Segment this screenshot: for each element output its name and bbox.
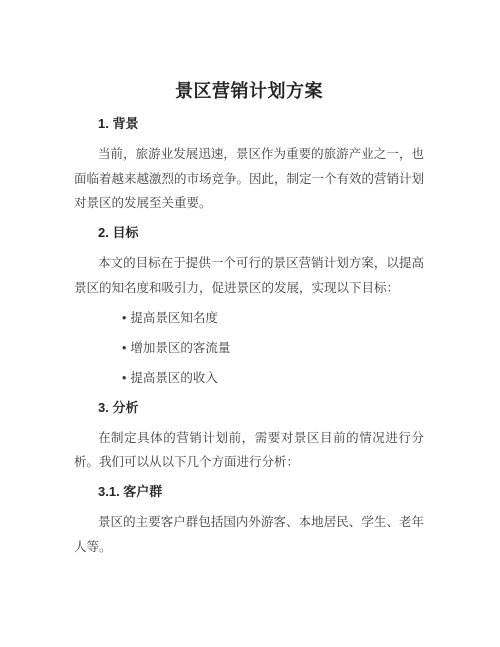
paragraph-customer-groups: 景区的主要客户群包括国内外游客、本地居民、学生、老年人等。: [74, 510, 424, 559]
paragraph-goals: 本文的目标在于提供一个可行的景区营销计划方案，以提高景区的知名度和吸引力，促进景…: [74, 251, 424, 300]
bullet-marker: •: [98, 336, 126, 361]
bullet-marker: •: [98, 306, 126, 331]
bullet-marker: •: [98, 366, 126, 391]
bullet-text: 增加景区的客流量: [130, 341, 230, 355]
bullet-text: 提高景区的收入: [130, 371, 218, 385]
bullet-item: •增加景区的客流量: [74, 336, 424, 361]
section-heading-customer-groups: 3.1. 客户群: [74, 480, 424, 505]
bullet-text: 提高景区知名度: [130, 311, 218, 325]
bullet-item: •提高景区的收入: [74, 366, 424, 391]
paragraph-background: 当前，旅游业发展迅速，景区作为重要的旅游产业之一，也面临着越来越激烈的市场竞争。…: [74, 142, 424, 216]
paragraph-analysis: 在制定具体的营销计划前，需要对景区目前的情况进行分析。我们可以从以下几个方面进行…: [74, 426, 424, 475]
document-title: 景区营销计划方案: [74, 78, 424, 105]
section-heading-goals: 2. 目标: [74, 221, 424, 246]
section-heading-analysis: 3. 分析: [74, 396, 424, 421]
bullet-item: •提高景区知名度: [74, 306, 424, 331]
section-heading-background: 1. 背景: [74, 112, 424, 137]
document-page: 景区营销计划方案 1. 背景 当前，旅游业发展迅速，景区作为重要的旅游产业之一，…: [0, 0, 500, 647]
